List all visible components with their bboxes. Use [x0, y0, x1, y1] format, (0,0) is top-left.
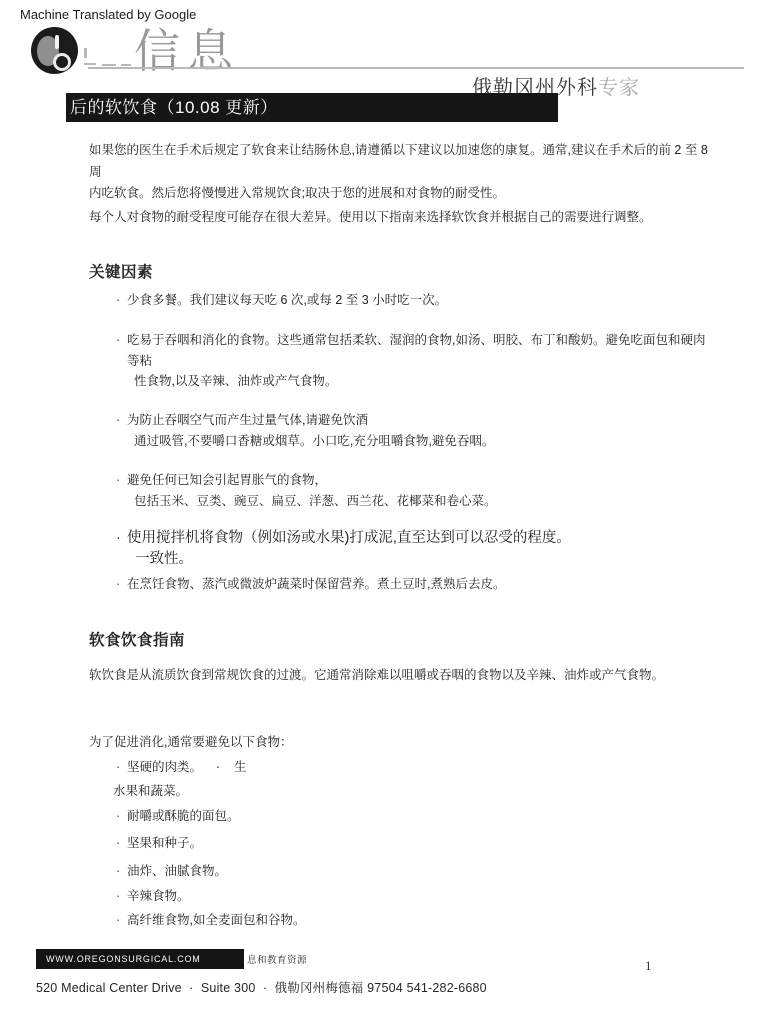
key-factor-item: · 在烹饪食物、蒸汽或微波炉蔬菜时保留营养。煮土豆时,煮熟后去皮。	[116, 574, 716, 595]
logo-white-ring	[53, 53, 71, 71]
key-factor-item: · 使用搅拌机将食物（例如汤或水果)打成泥,直至达到可以忍受的程度。 一致性。	[116, 528, 716, 569]
header-rule	[88, 67, 744, 69]
bullet-icon: ·	[116, 574, 127, 595]
bullet-icon: ·	[116, 330, 127, 351]
clinic-logo-icon	[31, 27, 78, 74]
org-name-light: 专家	[598, 77, 640, 99]
document-title-bar: 后的软饮食（10.08 更新）	[66, 93, 558, 122]
page-number: 1	[645, 958, 652, 974]
bullet-icon: ·	[116, 886, 127, 907]
key-factor-item: · 为防止吞咽空气而产生过量气体,请避免饮酒 通过吸管,不要嚼口香糖或烟草。小口…	[116, 410, 716, 451]
intro-paragraph-1: 如果您的医生在手术后规定了软食来让结肠休息,请遵循以下建议以加速您的康复。通常,…	[89, 140, 709, 205]
machine-translated-banner: Machine Translated by Google	[20, 7, 196, 22]
bullet-icon: ·	[116, 910, 127, 931]
bullet-icon: ·	[116, 470, 127, 491]
footer-address: 520 Medical Center Drive · Suite 300 · 俄…	[36, 978, 487, 996]
key-factor-item: · 少食多餐。我们建议每天吃 6 次,或每 2 至 3 小时吃一次。	[116, 290, 716, 311]
key-factor-item: · 避免任何已知会引起胃胀气的食物， 包括玉米、豆类、豌豆、扁豆、洋葱、西兰花、…	[116, 470, 716, 511]
bullet-icon: ·	[116, 833, 127, 854]
document-page: Machine Translated by Google 信息 俄勒冈州外科专家…	[0, 0, 768, 1024]
avoid-item: · 辛辣食物。	[116, 886, 716, 907]
key-factor-item: · 吃易于吞咽和消化的食物。这些通常包括柔软、湿润的食物,如汤、明胶、布丁和酸奶…	[116, 330, 716, 392]
bullet-icon: ·	[116, 290, 127, 311]
soft-diet-guide-heading: 软食饮食指南	[89, 628, 185, 650]
logo-dash-vertical	[84, 48, 87, 58]
avoid-item: · 高纤维食物,如全麦面包和谷物。	[116, 910, 716, 931]
avoid-item: · 坚硬的肉类。 · 生	[116, 757, 716, 778]
website-bar: WWW.OREGONSURGICAL.COM	[36, 949, 244, 969]
logo-dash-2	[102, 64, 116, 66]
logo-dash-3	[121, 64, 131, 66]
website-bar-suffix-text: 息和教育资源	[247, 952, 307, 966]
logo-white-mark	[55, 35, 59, 49]
avoid-intro: 为了促进消化,通常要避免以下食物：	[89, 732, 709, 754]
avoid-item: · 油炸、油腻食物。	[116, 861, 716, 882]
intro-paragraph-2: 每个人对食物的耐受程度可能存在很大差异。使用以下指南来选择软饮食并根据自己的需要…	[89, 207, 709, 229]
bullet-icon: ·	[116, 861, 127, 882]
avoid-item-continuation: 水果和蔬菜。	[113, 781, 188, 799]
bullet-icon: ·	[116, 528, 127, 549]
bullet-icon: ·	[116, 410, 127, 431]
avoid-item: · 坚果和种子。	[116, 833, 716, 854]
avoid-item: · 耐嚼或酥脆的面包。	[116, 806, 716, 827]
logo-dash-1	[84, 63, 96, 65]
bullet-icon: ·	[116, 757, 127, 778]
key-factors-heading: 关键因素	[89, 260, 153, 282]
soft-diet-guide-paragraph: 软饮食是从流质饮食到常规饮食的过渡。它通常消除难以咀嚼或吞咽的食物以及辛辣、油炸…	[89, 665, 709, 687]
bullet-icon: ·	[116, 806, 127, 827]
